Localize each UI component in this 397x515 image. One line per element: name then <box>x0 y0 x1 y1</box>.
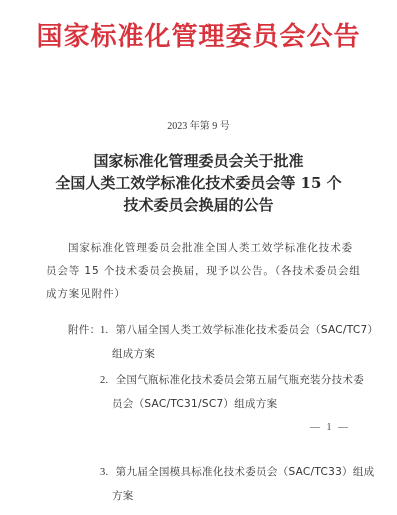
announcement-body: 国家标准化管理委员会批准全国人类工效学标准化技术委员会等 15 个技术委员会换届… <box>46 237 364 306</box>
attachments-label: 附件： <box>68 322 100 337</box>
attachment-number: 3. <box>100 467 112 478</box>
attachment-text-line: 第九届全国模具标准化技术委员会（SAC/TC33）组成 <box>116 466 375 478</box>
attachment-item-2-continued: 员会（SAC/TC31/SC7）组成方案 <box>112 396 277 411</box>
document-number: 2023 年第 9 号 <box>0 117 397 132</box>
attachment-text-line: 第八届全国人类工效学标准化技术委员会（SAC/TC7） <box>116 324 379 336</box>
attachment-item-3: 3. 第九届全国模具标准化技术委员会（SAC/TC33）组成 <box>100 464 374 479</box>
page-number: — 1 — <box>310 422 350 433</box>
attachment-text-line: 组成方案 <box>112 348 155 360</box>
attachment-item-1-continued: 组成方案 <box>112 346 155 361</box>
attachment-item-2: 2. 全国气瓶标准化技术委员会第五届气瓶充装分技术委 <box>100 372 364 387</box>
document-title-line-1: 国家标准化管理委员会关于批准 <box>0 150 397 172</box>
document-title-line-2: 全国人类工效学标准化技术委员会等 15 个 <box>0 172 397 194</box>
attachment-number: 1. <box>100 325 112 336</box>
attachment-item-1: 1. 第八届全国人类工效学标准化技术委员会（SAC/TC7） <box>100 322 378 337</box>
attachment-text-line: 员会（SAC/TC31/SC7）组成方案 <box>112 398 277 410</box>
attachment-text-line: 全国气瓶标准化技术委员会第五届气瓶充装分技术委 <box>116 374 364 386</box>
document-title-line-3: 技术委员会换届的公告 <box>0 194 397 216</box>
attachment-item-3-continued: 方案 <box>112 488 134 503</box>
attachment-number: 2. <box>100 375 112 386</box>
document-title: 国家标准化管理委员会关于批准 全国人类工效学标准化技术委员会等 15 个 技术委… <box>0 150 397 216</box>
masthead-title: 国家标准化管理委员会公告 <box>0 22 397 52</box>
attachment-text-line: 方案 <box>112 490 134 502</box>
